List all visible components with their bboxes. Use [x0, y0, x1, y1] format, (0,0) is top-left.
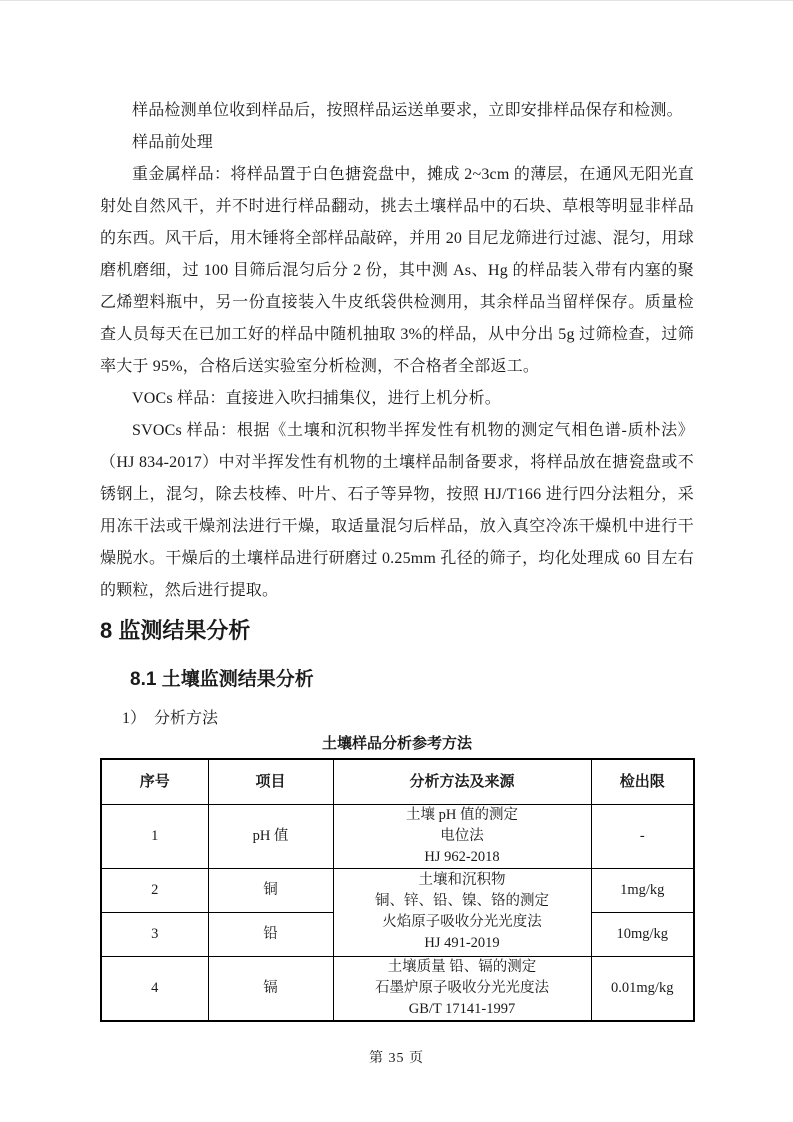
method-line: 土壤质量 铅、镉的测定	[334, 957, 591, 978]
table-header-row: 序号 项目 分析方法及来源 检出限	[101, 759, 694, 804]
paragraph-svocs-samples: SVOCs 样品：根据《土壤和沉积物半挥发性有机物的测定气相色谱-质朴法》（HJ…	[100, 415, 694, 607]
analysis-methods-table: 序号 项目 分析方法及来源 检出限 1 pH 值 土壤 pH 值的测定 电位法 …	[100, 758, 695, 1022]
method-line: HJ 491-2019	[334, 933, 591, 954]
cell-method: 土壤 pH 值的测定 电位法 HJ 962-2018	[333, 804, 591, 868]
method-line: GB/T 17141-1997	[334, 999, 591, 1020]
cell-no: 2	[101, 868, 208, 912]
table-row: 1 pH 值 土壤 pH 值的测定 电位法 HJ 962-2018 -	[101, 804, 694, 868]
section-heading: 8 监测结果分析	[100, 617, 694, 645]
cell-item: 铅	[208, 912, 333, 956]
method-line: 石墨炉原子吸收分光光度法	[334, 978, 591, 999]
paragraph-pretreatment-label: 样品前处理	[100, 127, 694, 159]
cell-method-merged: 土壤和沉积物 铜、锌、铅、镍、铬的测定 火焰原子吸收分光光度法 HJ 491-2…	[333, 868, 591, 956]
cell-limit: 10mg/kg	[591, 912, 694, 956]
table-title: 土壤样品分析参考方法	[100, 734, 694, 754]
table-row: 4 镉 土壤质量 铅、镉的测定 石墨炉原子吸收分光光度法 GB/T 17141-…	[101, 956, 694, 1021]
cell-no: 4	[101, 956, 208, 1021]
cell-limit: 1mg/kg	[591, 868, 694, 912]
column-header-limit: 检出限	[591, 759, 694, 804]
cell-no: 3	[101, 912, 208, 956]
paragraph-vocs-samples: VOCs 样品：直接进入吹扫捕集仪，进行上机分析。	[100, 383, 694, 415]
method-line: 土壤和沉积物	[334, 870, 591, 891]
cell-method: 土壤质量 铅、镉的测定 石墨炉原子吸收分光光度法 GB/T 17141-1997	[333, 956, 591, 1021]
method-line: 电位法	[334, 826, 591, 847]
paragraph-sample-receipt: 样品检测单位收到样品后，按照样品运送单要求，立即安排样品保存和检测。	[100, 95, 694, 127]
subsection-heading: 8.1 土壤监测结果分析	[130, 667, 694, 693]
column-header-item: 项目	[208, 759, 333, 804]
column-header-no: 序号	[101, 759, 208, 804]
cell-item: 铜	[208, 868, 333, 912]
cell-item: pH 值	[208, 804, 333, 868]
method-line: 土壤 pH 值的测定	[334, 805, 591, 826]
column-header-method: 分析方法及来源	[333, 759, 591, 804]
table-row: 2 铜 土壤和沉积物 铜、锌、铅、镍、铬的测定 火焰原子吸收分光光度法 HJ 4…	[101, 868, 694, 912]
method-line: HJ 962-2018	[334, 847, 591, 868]
cell-limit: -	[591, 804, 694, 868]
list-item-analysis-method: 1） 分析方法	[122, 706, 694, 732]
document-page: 样品检测单位收到样品后，按照样品运送单要求，立即安排样品保存和检测。 样品前处理…	[0, 0, 793, 1122]
page-number: 第 35 页	[0, 1047, 793, 1067]
cell-limit: 0.01mg/kg	[591, 956, 694, 1021]
method-line: 火焰原子吸收分光光度法	[334, 912, 591, 933]
paragraph-heavy-metal-samples: 重金属样品：将样品置于白色搪瓷盘中，摊成 2~3cm 的薄层，在通风无阳光直射处…	[100, 159, 694, 383]
cell-no: 1	[101, 804, 208, 868]
page-content: 样品检测单位收到样品后，按照样品运送单要求，立即安排样品保存和检测。 样品前处理…	[100, 95, 694, 1022]
cell-item: 镉	[208, 956, 333, 1021]
method-line: 铜、锌、铅、镍、铬的测定	[334, 891, 591, 912]
